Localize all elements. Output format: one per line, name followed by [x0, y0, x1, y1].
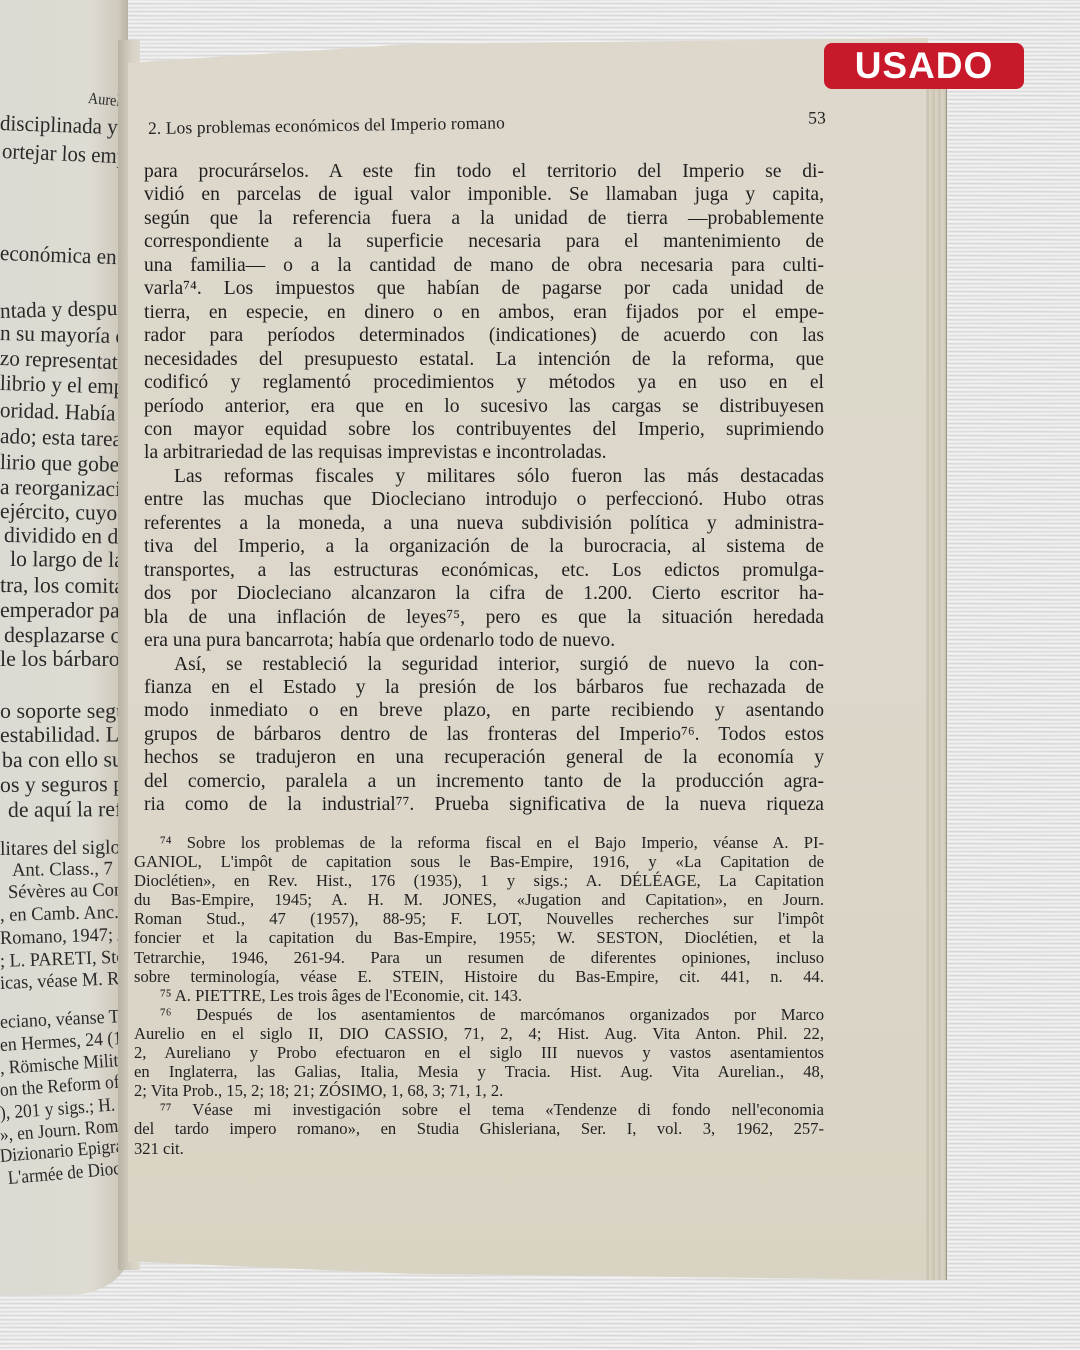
left-page-line: tra, los comitatenses [0, 572, 128, 600]
body-line: codificó y reglamentó procedimientos y m… [144, 371, 824, 394]
body-line: ria como de la industrial⁷⁷. Prueba sign… [144, 793, 824, 816]
body-line: con mayor equidad sobre los contribuyent… [144, 418, 824, 441]
body-line: fianza en el Estado y la presión de los … [144, 676, 824, 699]
footnote-line: 2; Vita Prob., 15, 2; 18; 21; ZÓSIMO, 1,… [134, 1081, 824, 1100]
footnote-line: sobre terminología, véase E. STEIN, Hist… [134, 967, 824, 986]
body-line: para procurárselos. A este fin todo el t… [144, 160, 824, 183]
left-page-line: icas, véase M. Ros [0, 968, 128, 995]
body-line: dos por Diocleciano alcanzaron la cifra … [144, 582, 824, 605]
left-page-line: , en Camb. Anc. H [0, 901, 128, 927]
body-line: transportes, a las estructuras económica… [144, 559, 824, 582]
footnote-line: Aurelio en el siglo II, DIO CASSIO, 71, … [134, 1024, 824, 1043]
left-page-line: estabilidad. La ec [0, 721, 128, 748]
footnote-line: Dioclétien», en Rev. Hist., 176 (1935), … [134, 871, 824, 890]
left-page-line: o soporte segur [0, 698, 128, 724]
body-line: del comercio, paralela a un incremento t… [144, 770, 824, 793]
left-page-line: económica en el sig [0, 240, 128, 272]
left-page-line: le los bárbaros se [0, 646, 128, 672]
footnote-line: del tardo impero romano», en Studia Ghis… [134, 1119, 824, 1138]
footnote-line: GANIOL, L'impôt de capitation sous le Ba… [134, 852, 824, 871]
footnote-line: Roman Stud., 47 (1957), 88-95; F. LOT, N… [134, 909, 824, 928]
body-line: Las reformas fiscales y militares sólo f… [144, 465, 824, 488]
left-page-line: lo largo de las fr [10, 546, 128, 573]
left-page: Aurelio Rdisciplinada y a laortejar los … [0, 0, 128, 1295]
footnote-line: en Inglaterra, las Galias, Italia, Mesia… [134, 1062, 824, 1081]
body-line: varla⁷⁴. Los impuestos que habían de pag… [144, 277, 824, 300]
footnote-line: 321 cit. [134, 1139, 824, 1158]
body-line: rador para períodos determinados (indica… [144, 324, 824, 347]
body-line: grupos de bárbaros dentro de las fronter… [144, 723, 824, 746]
footnote-line: ⁷⁶ Después de los asentamientos de marcó… [134, 1005, 824, 1024]
footnote-line: ⁷⁷ Véase mi investigación sobre el tema … [134, 1100, 824, 1119]
body-line: según que la referencia fuera a la unida… [144, 207, 824, 230]
left-page-line: os y seguros para [0, 771, 128, 798]
body-line: necesidades del presupuesto estatal. La … [144, 348, 824, 371]
left-page-line: ba con ello su ca [2, 746, 128, 773]
body-text: para procurárselos. A este fin todo el t… [144, 160, 824, 817]
left-page-line: ntada y después se [0, 294, 128, 324]
footnote-line: du Bas-Empire, 1945; A. H. M. JONES, «Ju… [134, 890, 824, 909]
body-line: Así, se restableció la seguridad interio… [144, 653, 824, 676]
body-line: entre las muchas que Diocleciano introdu… [144, 488, 824, 511]
footnote-line: ⁷⁴ Sobre los problemas de la reforma fis… [134, 833, 824, 852]
page-number: 53 [808, 107, 826, 128]
left-page-line: ortejar los empera [1, 138, 128, 171]
left-page-line: desplazarse como [4, 622, 128, 649]
body-line: hechos se tradujeron en una recuperación… [144, 746, 824, 769]
body-line: referentes a la moneda, a una nueva subd… [144, 512, 824, 535]
left-page-line: Sévères au Concile [8, 879, 128, 904]
body-line: la arbitrariedad de las requisas imprevi… [144, 441, 824, 464]
body-line: correspondiente a la superficie necesari… [144, 230, 824, 253]
footnote-line: Tetrarchie, 1946, 261-94. Para un resume… [134, 948, 824, 967]
footnote-line: 2, Aureliano y Probo efectuaron en el si… [134, 1043, 824, 1062]
body-line: era una pura bancarrota; había que orden… [144, 629, 824, 652]
left-page-line: Romano, 1947; A.C [0, 924, 128, 950]
badge-label: USADO [855, 45, 994, 87]
left-page-line: litares del siglo III [0, 836, 128, 861]
page-edges [926, 85, 947, 1280]
used-badge: USADO [824, 43, 1024, 89]
body-line: tiva del Imperio, a la organización de l… [144, 535, 824, 558]
left-page-line: disciplinada y a la [0, 110, 128, 141]
body-line: modo inmediato o en breve plazo, en part… [144, 699, 824, 722]
left-page-line: Ant. Class., 7 (195 [12, 858, 128, 882]
footnote-line: foncier et la capitation du Bas-Empire, … [134, 928, 824, 947]
body-line: una familia— o a la cantidad de mano de … [144, 254, 824, 277]
left-page-line: de aquí la reforma [8, 796, 128, 823]
footnote-line: ⁷⁵ A. PIETTRE, Les trois âges de l'Econo… [134, 986, 824, 1005]
left-page-line: emperador para de [0, 597, 128, 624]
body-line: período anterior, era que en lo sucesivo… [144, 395, 824, 418]
body-line: tierra, en especie, en dinero o en ambos… [144, 301, 824, 324]
body-line: bla de una inflación de leyes⁷⁵, pero es… [144, 606, 824, 629]
footnotes: ⁷⁴ Sobre los problemas de la reforma fis… [134, 833, 824, 1158]
body-line: vidió en parcelas de igual valor imponib… [144, 183, 824, 206]
